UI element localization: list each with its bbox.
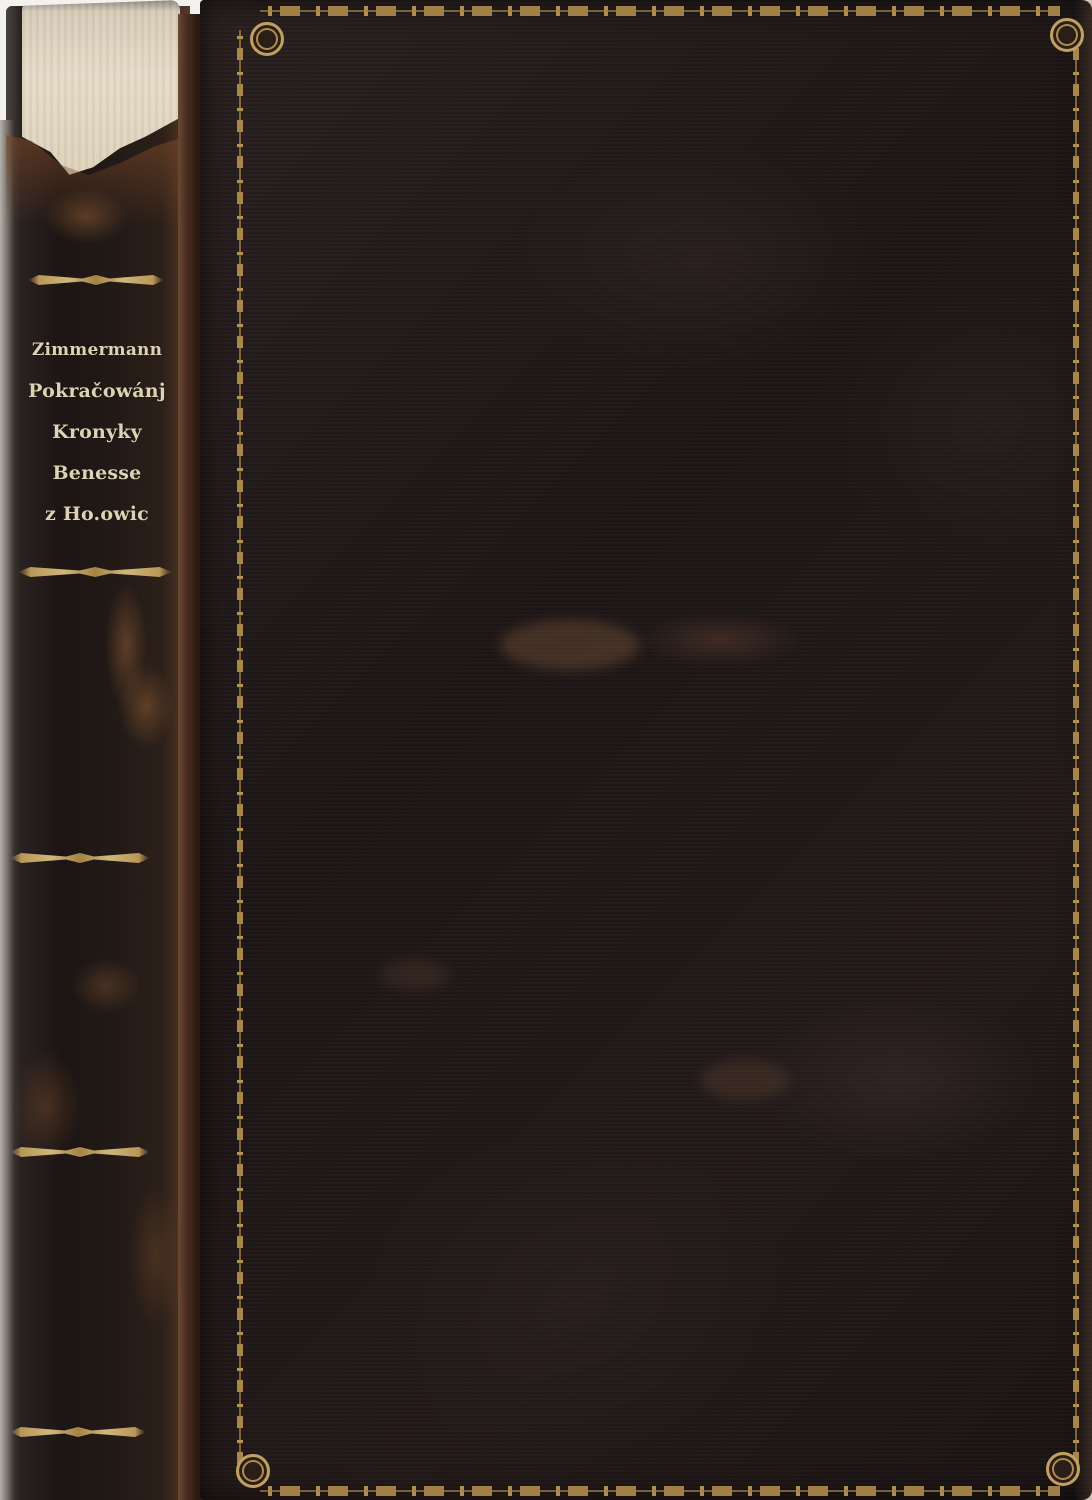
front-cover [200,0,1092,1500]
spine-title-line: Pokračowánj [14,371,180,412]
leather-wear [500,620,640,670]
corner-roundel-icon [1050,18,1084,52]
gilt-border-top [260,6,1060,16]
corner-roundel-icon [1046,1452,1080,1486]
corner-roundel-icon [250,22,284,56]
spine-title-line: Kronyky [14,412,180,453]
spine-gilt-band [18,567,172,577]
spine-title-line: z Ho.owic [14,494,180,535]
spine-author: Zimmermann [14,330,180,371]
spine-gilt-band [28,275,164,285]
leather-wear [380,960,450,990]
spine-gilt-band [10,1147,150,1157]
corner-roundel-icon [236,1454,270,1488]
book-spine [6,6,190,1500]
spine-gilt-band [10,853,150,863]
spine-title: Zimmermann Pokračowánj Kronyky Benesse z… [14,330,180,535]
spine-title-line: Benesse [14,453,180,494]
leather-wear [700,1060,790,1100]
gilt-border-bottom [260,1486,1060,1496]
spine-edge [0,120,14,1500]
book-photo: Zimmermann Pokračowánj Kronyky Benesse z… [0,0,1092,1500]
spine-gilt-band [10,1427,146,1437]
gilt-border-left [234,30,246,1470]
gilt-border-right [1070,30,1082,1470]
